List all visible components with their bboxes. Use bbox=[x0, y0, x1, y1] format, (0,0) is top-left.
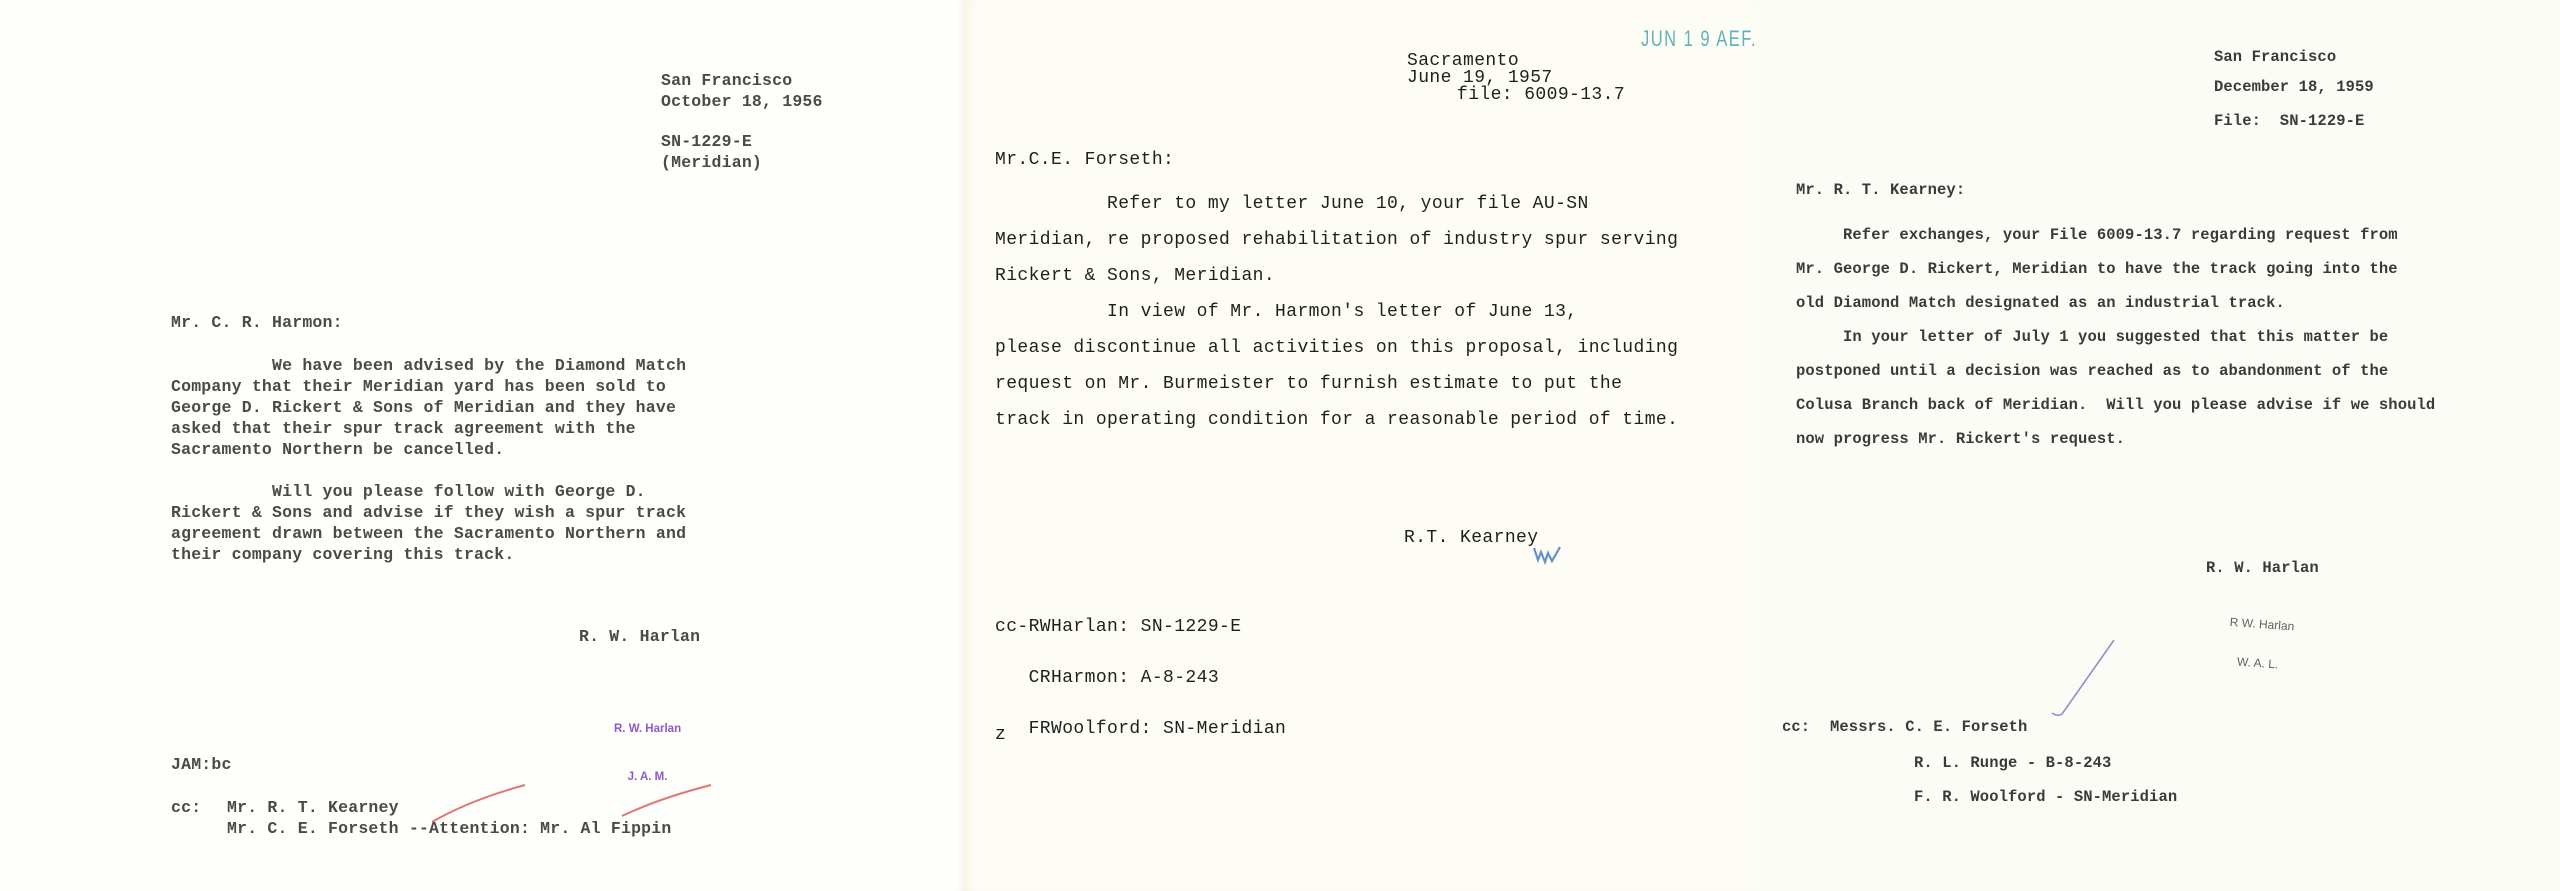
signature: R. W. Harlan bbox=[579, 626, 700, 647]
letter-1959: San Francisco December 18, 1959 File: SN… bbox=[1756, 0, 2560, 891]
approval-stamp: R. W. Harlan J. A. M. bbox=[614, 689, 681, 817]
file-reference: file: 6009-13.7 bbox=[1457, 85, 1625, 105]
signature: R. W. Harlan bbox=[2206, 558, 2319, 578]
cc-label: cc: bbox=[171, 797, 201, 818]
file-subreference: (Meridian) bbox=[661, 152, 762, 173]
letter-1956: San Francisco October 18, 1956 SN-1229-E… bbox=[0, 0, 966, 891]
cc-recipient: Mr. R. T. Kearney bbox=[227, 797, 399, 818]
cc-label: cc: bbox=[1782, 717, 1810, 737]
letter-place: San Francisco bbox=[2214, 47, 2336, 67]
approval-stamp: R W. Harlan W. A. L. bbox=[2225, 590, 2297, 698]
body-paragraph-2: In your letter of July 1 you suggested t… bbox=[1796, 320, 2435, 456]
file-reference: File: SN-1229-E bbox=[2214, 111, 2364, 131]
salutation: Mr.C.E. Forseth: bbox=[966, 150, 1174, 170]
body-paragraph-1: Refer to my letter June 10, your file AU… bbox=[995, 186, 1678, 294]
signature: R.T. Kearney bbox=[1404, 528, 1538, 548]
cc-list: cc-RWHarlan: SN-1229-E CRHarmon: A-8-243… bbox=[995, 585, 1286, 772]
letter-place: San Francisco bbox=[661, 70, 792, 91]
cc-recipient: R. L. Runge - B-8-243 bbox=[1914, 753, 2111, 773]
letter-date: December 18, 1959 bbox=[2214, 77, 2374, 97]
body-paragraph-2: Will you please follow with George D. Ri… bbox=[171, 481, 686, 565]
body-paragraph-2: In view of Mr. Harmon's letter of June 1… bbox=[995, 294, 1678, 438]
salutation: Mr. R. T. Kearney: bbox=[1796, 180, 1965, 200]
cc-recipient: F. R. Woolford - SN-Meridian bbox=[1914, 787, 2177, 807]
body-paragraph-1: We have been advised by the Diamond Matc… bbox=[171, 355, 686, 460]
typist-initials: JAM:bc bbox=[171, 754, 232, 775]
cc-recipient: Messrs. C. E. Forseth bbox=[1830, 717, 2027, 737]
body-paragraph-1: Refer exchanges, your File 6009-13.7 reg… bbox=[1796, 218, 2398, 320]
letter-1957: JUN 1 9 AEF. Sacramento June 19, 1957 fi… bbox=[966, 0, 1756, 891]
salutation: Mr. C. R. Harmon: bbox=[171, 312, 343, 333]
file-reference: SN-1229-E bbox=[661, 131, 752, 152]
letter-date: October 18, 1956 bbox=[661, 91, 823, 112]
cc-recipient: Mr. C. E. Forseth --Attention: Mr. Al Fi… bbox=[227, 818, 671, 839]
received-date-stamp: JUN 1 9 AEF. bbox=[1641, 26, 1756, 52]
footer-mark: z bbox=[995, 725, 1006, 745]
